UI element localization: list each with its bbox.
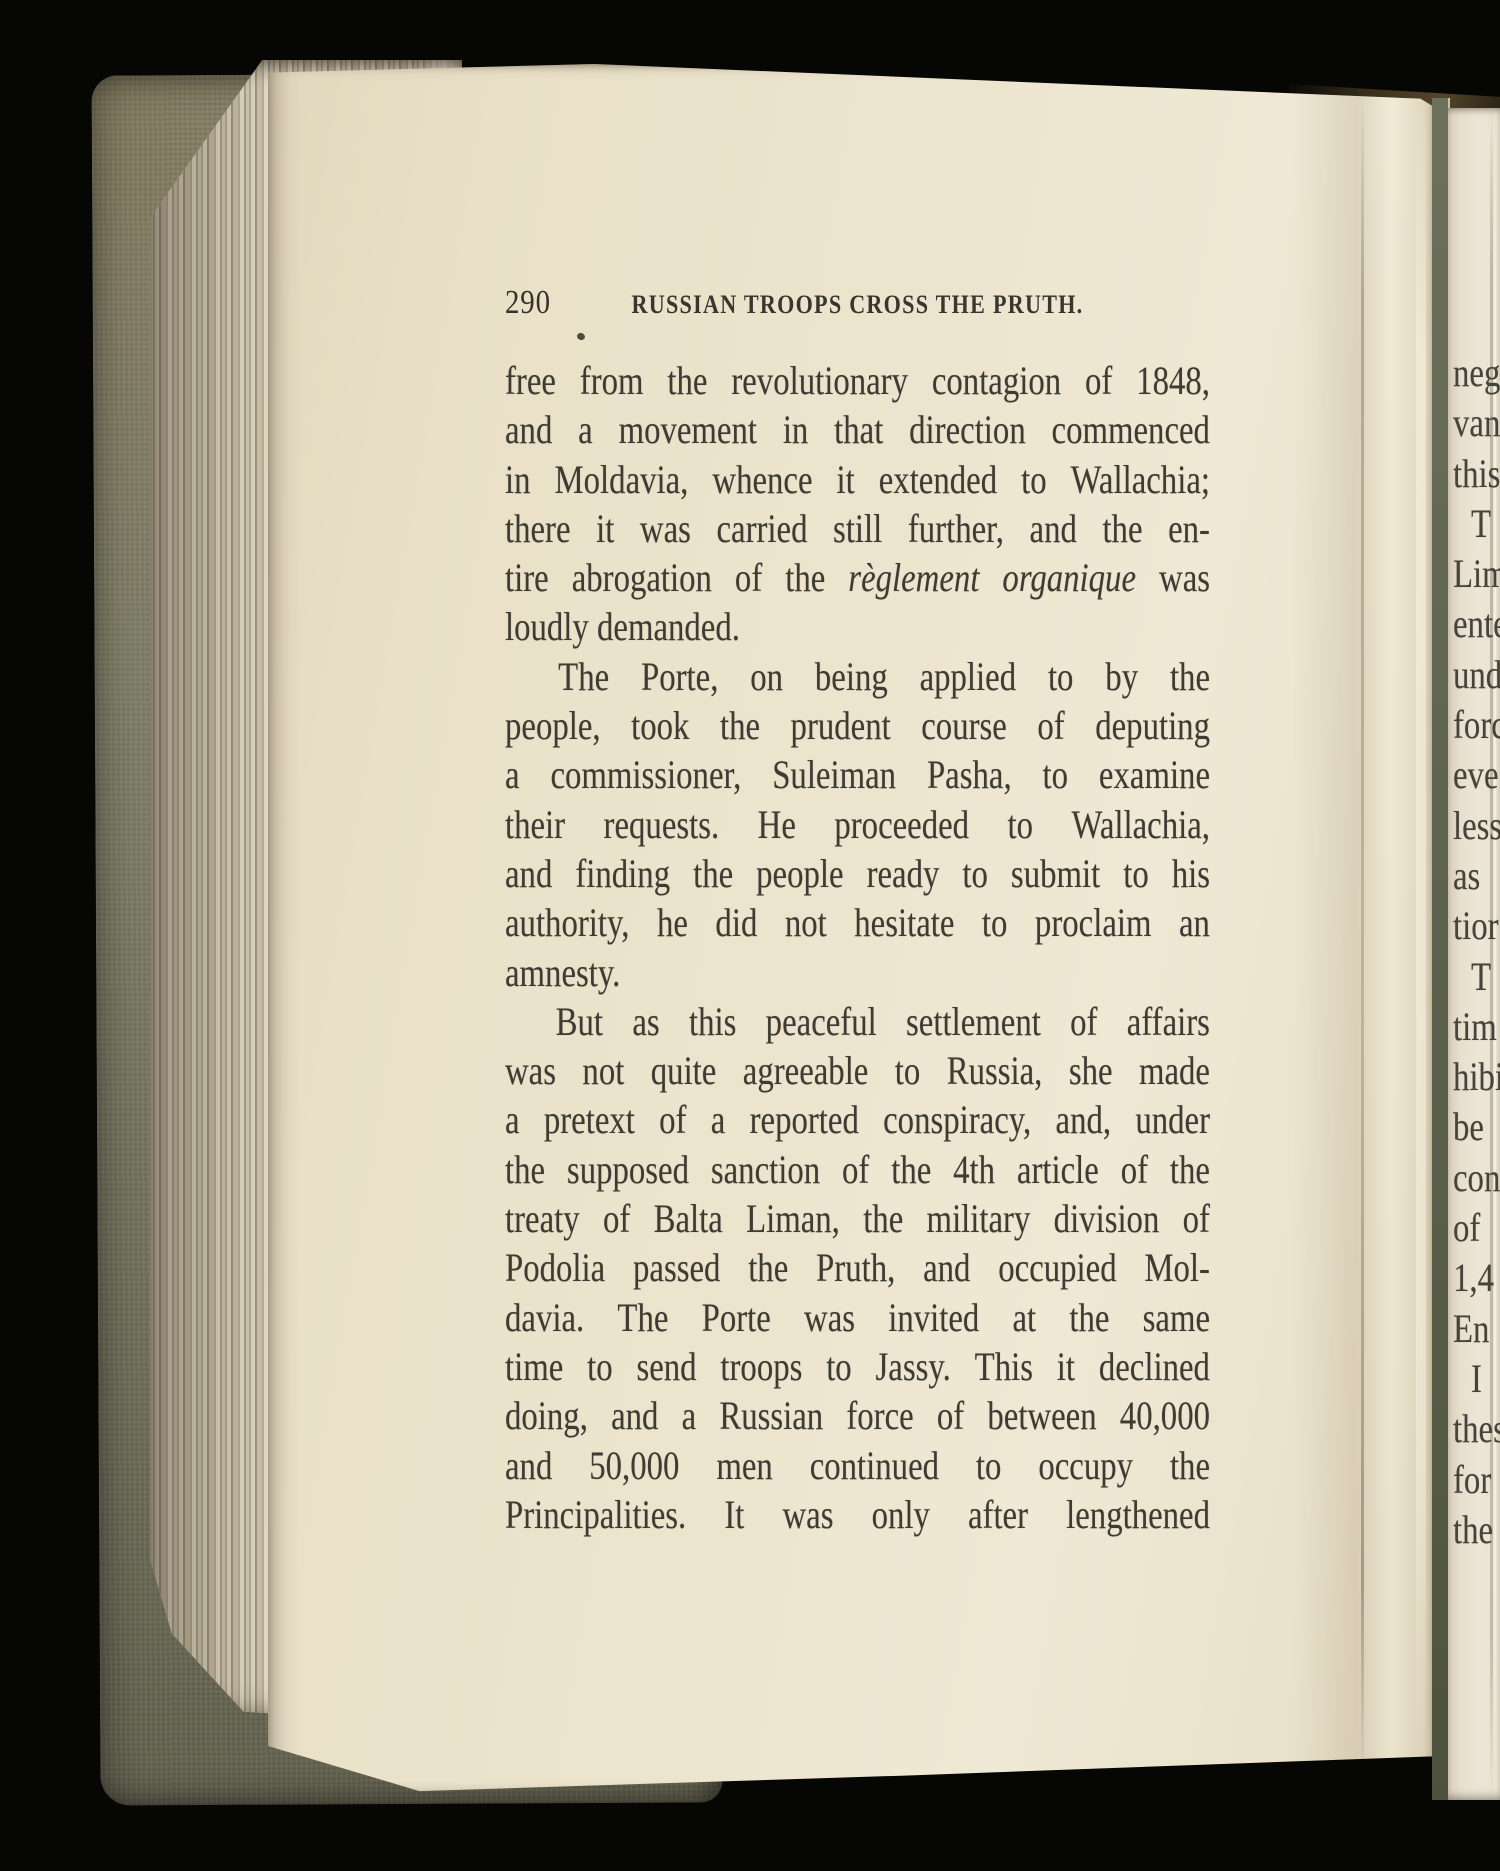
right-page-text-fragment: Lim [1453, 549, 1500, 599]
word: Suleiman [772, 750, 896, 799]
word: was [782, 1490, 833, 1539]
text-line: ThePorte,onbeingappliedtobythe [505, 652, 1210, 701]
gutter-crease [1361, 94, 1364, 1784]
word: the [667, 356, 707, 405]
word: it [837, 455, 855, 504]
word: revolutionary [731, 356, 908, 405]
word: Russia, [947, 1046, 1043, 1095]
right-page-text-fragment: for [1453, 1455, 1500, 1505]
right-page-text-fragment: 1,4 [1453, 1253, 1500, 1303]
word: to [826, 1342, 852, 1391]
word: a [711, 1095, 726, 1144]
word: 4th [953, 1145, 995, 1194]
word: at [1013, 1293, 1037, 1342]
right-page-text-fragment: van [1453, 398, 1500, 448]
word: invited [888, 1293, 979, 1342]
word: a [505, 1095, 520, 1144]
word: she [1069, 1046, 1113, 1095]
word: lengthened [1066, 1490, 1210, 1539]
word: under [1135, 1095, 1210, 1144]
word: of [659, 1095, 686, 1144]
word: the [1102, 504, 1142, 553]
word: there [505, 504, 571, 553]
word: pretext [544, 1095, 635, 1144]
word: But [556, 997, 603, 1046]
right-page-text-fragment: the [1453, 1505, 1500, 1555]
word: of [1085, 356, 1112, 405]
book-photo: 290 RUSSIAN TROOPS CROSS THE PRUTH. free… [0, 0, 1500, 1871]
word: force [846, 1391, 913, 1440]
word: treaty [505, 1194, 580, 1243]
word: a [578, 405, 593, 454]
word: whence [712, 455, 812, 504]
word: took [631, 701, 689, 750]
word: Wallachia; [1071, 455, 1210, 504]
word: Porte [702, 1293, 771, 1342]
text-line: PodoliapassedthePruth,andoccupiedMol- [505, 1243, 1210, 1292]
word: time [505, 1342, 563, 1391]
word: contagion [932, 356, 1061, 405]
text-line: andfindingthepeoplereadytosubmittohis [505, 849, 1210, 898]
right-page-text-fragment: I [1453, 1354, 1500, 1404]
word: the [720, 701, 760, 750]
right-page-text-fragment: tim [1453, 1002, 1500, 1052]
word: by [1105, 652, 1138, 701]
word: settlement [906, 997, 1041, 1046]
word: the [1069, 1293, 1109, 1342]
word: to [1048, 652, 1074, 701]
word: the [891, 1145, 931, 1194]
word: the [505, 1145, 545, 1194]
right-page-text-fragment: tior [1453, 901, 1500, 951]
text-line: doing,andaRussianforceofbetween40,000 [505, 1391, 1210, 1440]
word: to [1021, 455, 1047, 504]
text-line: Butasthispeacefulsettlementofaffairs [505, 997, 1210, 1046]
right-page-text-fragment: ente [1453, 599, 1500, 649]
word: still [833, 504, 882, 553]
word: made [1139, 1046, 1210, 1095]
text-line: tireabrogationoftherèglementorganiquewas [505, 553, 1210, 602]
word: The [617, 1293, 668, 1342]
word: their [505, 800, 565, 849]
text-line: amnesty. [505, 948, 1210, 997]
word: supposed [567, 1145, 689, 1194]
word: Mol- [1144, 1243, 1210, 1292]
right-page-text-fragment: be [1453, 1102, 1500, 1152]
word: did [715, 898, 757, 947]
right-page-text-fragment: this [1453, 449, 1500, 499]
word: troops [720, 1342, 802, 1391]
word: This [975, 1342, 1033, 1391]
text-line: davia.ThePortewasinvitedatthesame [505, 1293, 1210, 1342]
left-page-print-area: 290 RUSSIAN TROOPS CROSS THE PRUTH. free… [268, 64, 1432, 1798]
word: sanction [711, 1145, 820, 1194]
word: abrogation [572, 553, 712, 602]
word: The [558, 652, 609, 701]
word: Principalities. [505, 1490, 686, 1539]
word: this [689, 997, 736, 1046]
right-page-text-fragment: neg [1453, 348, 1500, 398]
word: peaceful [766, 997, 877, 1046]
text-line: authority,hedidnothesitatetoproclaiman [505, 898, 1210, 947]
word: same [1143, 1293, 1210, 1342]
word: 1848, [1136, 356, 1210, 405]
word: Moldavia, [555, 455, 689, 504]
word: Pasha, [927, 750, 1012, 799]
running-header: RUSSIAN TROOPS CROSS THE PRUTH. [558, 290, 1157, 320]
word: He [758, 800, 796, 849]
right-page-text-fragment: thes [1453, 1404, 1500, 1454]
text-line: theirrequests.HeproceededtoWallachia, [505, 800, 1210, 849]
word: in [505, 455, 531, 504]
right-page-text-fragment: forc [1453, 700, 1500, 750]
left-page: 290 RUSSIAN TROOPS CROSS THE PRUTH. free… [268, 64, 1432, 1798]
word: from [580, 356, 644, 405]
word: free [505, 356, 556, 405]
word: Balta [654, 1194, 723, 1243]
word: authority, [505, 898, 629, 947]
word: between [987, 1391, 1096, 1440]
word: affairs [1127, 997, 1210, 1046]
word: a [682, 1391, 697, 1440]
word: Russian [719, 1391, 823, 1440]
word: requests. [604, 800, 720, 849]
word: movement [619, 405, 757, 454]
right-page-text-fragment: hibi [1453, 1052, 1500, 1102]
word: finding [575, 849, 670, 898]
body-text: freefromtherevolutionarycontagionof1848,… [505, 356, 1210, 1539]
word: of [937, 1391, 964, 1440]
word: to [587, 1342, 613, 1391]
word: to [1043, 750, 1069, 799]
word: to [1008, 800, 1034, 849]
word: and, [1056, 1095, 1112, 1144]
word: deputing [1095, 701, 1210, 750]
word: not [582, 1046, 624, 1095]
word: and [1030, 504, 1077, 553]
word: Wallachia, [1072, 800, 1210, 849]
word: that [834, 405, 883, 454]
right-page-text-fragment: T [1453, 952, 1500, 1002]
word: continued [810, 1441, 939, 1490]
word: on [750, 652, 783, 701]
right-page-text-fragment: less [1453, 801, 1500, 851]
word: of [1121, 1145, 1148, 1194]
word: military [927, 1194, 1031, 1243]
word: a [505, 750, 520, 799]
word: people [756, 849, 843, 898]
word: davia. [505, 1293, 584, 1342]
text-line: freefromtherevolutionarycontagionof1848, [505, 356, 1210, 405]
word: submit [1011, 849, 1100, 898]
word: reported [750, 1095, 859, 1144]
word: and [505, 405, 552, 454]
word: and [923, 1243, 970, 1292]
word: send [636, 1342, 696, 1391]
word: further, [908, 504, 1004, 553]
word: passed [633, 1243, 720, 1292]
text-line: apretextofareportedconspiracy,and,under [505, 1095, 1210, 1144]
gutter-fold-highlight [1416, 104, 1426, 1784]
word: the [1170, 652, 1210, 701]
italic-word: règlement [848, 553, 979, 602]
word: to [962, 849, 988, 898]
word: being [815, 652, 888, 701]
word: Podolia [505, 1243, 605, 1292]
word: division [1054, 1194, 1160, 1243]
word: 50,000 [589, 1441, 679, 1490]
word: an [1179, 898, 1210, 947]
word: as [632, 997, 659, 1046]
word: en- [1168, 504, 1210, 553]
word: hesitate [854, 898, 954, 947]
word: Jassy. [876, 1342, 951, 1391]
word: of [842, 1145, 869, 1194]
word: Liman, [746, 1194, 840, 1243]
word: doing, [505, 1391, 588, 1440]
text-line: treatyofBaltaLiman,themilitarydivisionof [505, 1194, 1210, 1243]
word: the [1170, 1145, 1210, 1194]
word: it [1057, 1342, 1075, 1391]
word: proclaim [1035, 898, 1152, 947]
word: it [596, 504, 614, 553]
word: occupied [998, 1243, 1116, 1292]
word: conspiracy, [883, 1095, 1031, 1144]
word: of [1037, 701, 1064, 750]
word: prudent [791, 701, 891, 750]
word: extended [879, 455, 997, 504]
word: agreeable [743, 1046, 869, 1095]
word: course [921, 701, 1007, 750]
word: applied [920, 652, 1017, 701]
word: commissioner, [550, 750, 741, 799]
word: the [693, 849, 733, 898]
right-page-text-fragment: eve [1453, 750, 1500, 800]
word: occupy [1038, 1441, 1133, 1490]
word: the [1170, 1441, 1210, 1490]
word: in [783, 405, 809, 454]
text-line: andamovementinthatdirectioncommenced [505, 405, 1210, 454]
text-line: and50,000mencontinuedtooccupythe [505, 1441, 1210, 1490]
word: he [657, 898, 688, 947]
right-page-text-fragment: of [1453, 1203, 1500, 1253]
text-line: people,tooktheprudentcourseofdeputing [505, 701, 1210, 750]
word: tire [505, 553, 549, 602]
word: direction [909, 405, 1026, 454]
word: examine [1099, 750, 1210, 799]
word: ready [867, 849, 940, 898]
word: quite [651, 1046, 717, 1095]
text-line: inMoldavia,whenceitextendedtoWallachia; [505, 455, 1210, 504]
word: declined [1099, 1342, 1210, 1391]
text-line: timetosendtroopstoJassy.Thisitdeclined [505, 1342, 1210, 1391]
word: was [1159, 553, 1210, 602]
word: was [640, 504, 691, 553]
word: to [976, 1441, 1002, 1490]
right-page-text-fragment: En [1453, 1304, 1500, 1354]
word: people, [505, 701, 601, 750]
right-page: negvanthisTLimenteundforcevelessastiorTt… [1448, 108, 1500, 1800]
word: after [968, 1490, 1028, 1539]
word: and [505, 1441, 552, 1490]
paragraph-indent [505, 652, 526, 701]
right-page-text-column: negvanthisTLimenteundforcevelessastiorTt… [1453, 348, 1500, 1555]
word: the [785, 553, 825, 602]
right-page-text-fragment: und [1453, 650, 1500, 700]
word: to [895, 1046, 921, 1095]
word: the [863, 1194, 903, 1243]
right-page-text-fragment: as [1453, 851, 1500, 901]
word: and [611, 1391, 658, 1440]
word: article [1017, 1145, 1099, 1194]
word: not [785, 898, 827, 947]
word: carried [716, 504, 807, 553]
word: Porte, [641, 652, 718, 701]
ink-speck [576, 332, 586, 341]
word: was [804, 1293, 855, 1342]
paragraph-indent [505, 997, 526, 1046]
word: of [603, 1194, 630, 1243]
word: of [1183, 1194, 1210, 1243]
text-line: Principalities.Itwasonlyafterlengthened [505, 1490, 1210, 1539]
word: to [982, 898, 1008, 947]
word: and [505, 849, 552, 898]
word: 40,000 [1120, 1391, 1210, 1440]
word: men [716, 1441, 772, 1490]
page-number: 290 [505, 284, 551, 322]
word: Pruth, [816, 1243, 895, 1292]
word: of [1070, 997, 1097, 1046]
right-page-text-fragment: con [1453, 1153, 1500, 1203]
word: It [724, 1490, 744, 1539]
word: his [1172, 849, 1210, 898]
right-page-text-fragment: T [1453, 499, 1500, 549]
word: to [1123, 849, 1149, 898]
word: commenced [1052, 405, 1210, 454]
text-line: thereitwascarriedstillfurther,andtheen- [505, 504, 1210, 553]
italic-word: organique [1002, 553, 1136, 602]
text-line: acommissioner,SuleimanPasha,toexamine [505, 750, 1210, 799]
word: was [505, 1046, 556, 1095]
text-line: thesupposedsanctionofthe4tharticleofthe [505, 1145, 1210, 1194]
word: the [748, 1243, 788, 1292]
word: proceeded [834, 800, 969, 849]
word: only [872, 1490, 930, 1539]
text-line: wasnotquiteagreeabletoRussia,shemade [505, 1046, 1210, 1095]
text-line: loudly demanded. [505, 602, 1210, 651]
word: of [735, 553, 762, 602]
